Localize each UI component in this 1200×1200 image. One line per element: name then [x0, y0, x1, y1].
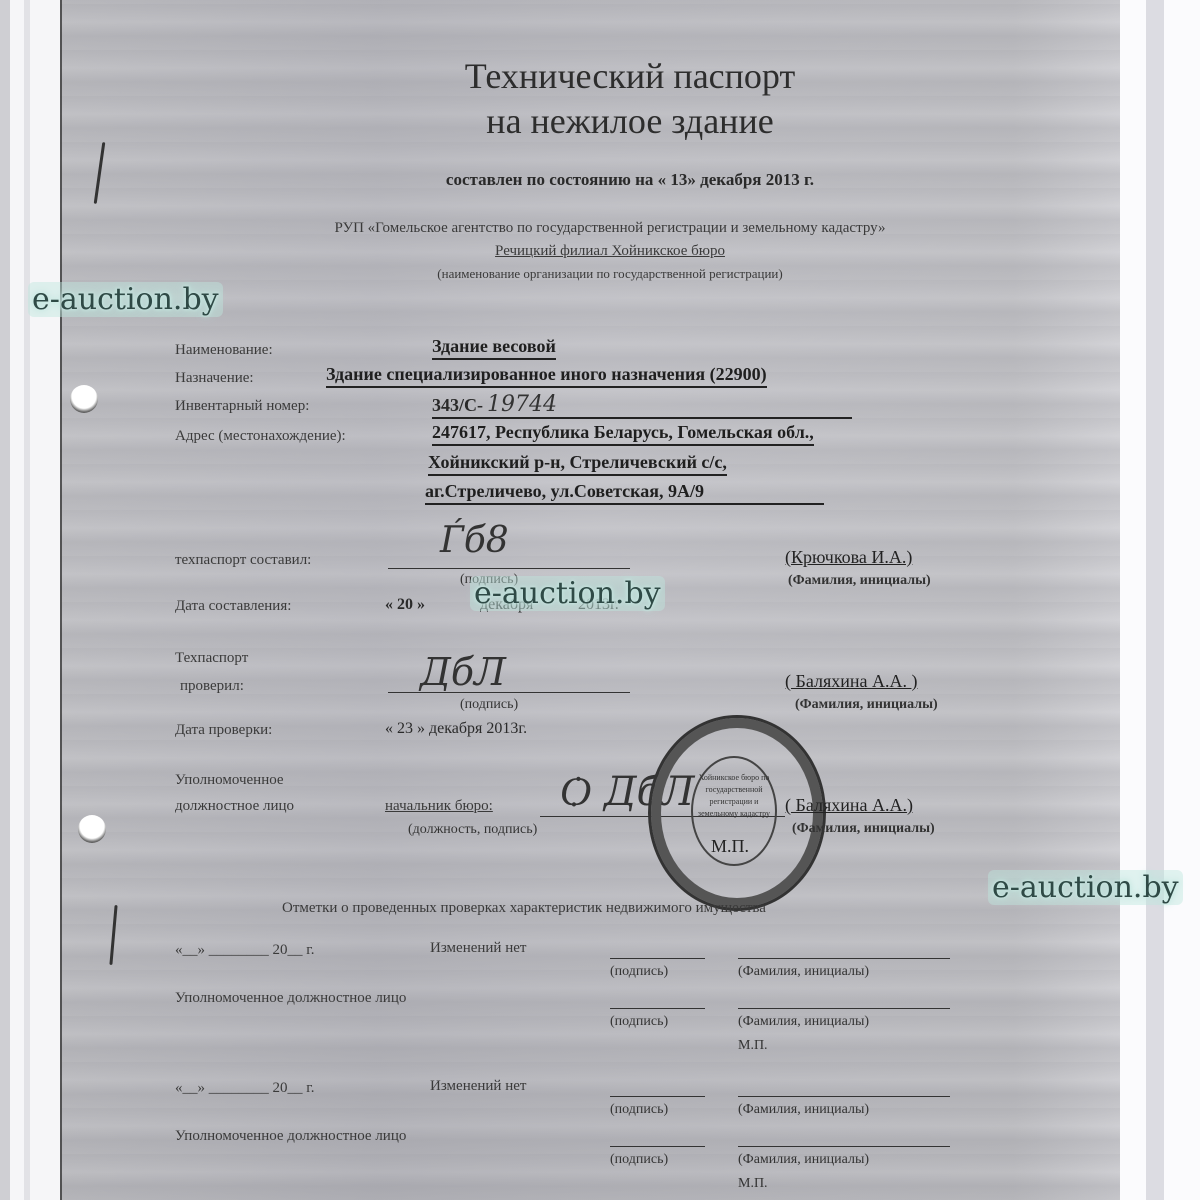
- compiled-name-caption: (Фамилия, инициалы): [788, 573, 931, 589]
- check-1-sign-caption: (подпись): [610, 964, 668, 980]
- checked-name-caption: (Фамилия, инициалы): [795, 697, 938, 713]
- compiled-label: техпаспорт составил:: [175, 552, 311, 569]
- organization-name: РУП «Гомельское агентство по государстве…: [160, 220, 1060, 237]
- check-2-name-line: [738, 1096, 950, 1097]
- checked-date-label: Дата проверки:: [175, 722, 272, 739]
- margin-line: [60, 0, 62, 1200]
- checked-date-value: « 23 » декабря 2013г.: [385, 720, 527, 738]
- check-2-status: Изменений нет: [430, 1078, 526, 1095]
- check-1-mp: М.П.: [738, 1038, 768, 1054]
- checked-signature-line: [388, 692, 630, 693]
- check-2-name-caption: (Фамилия, инициалы): [738, 1102, 869, 1118]
- watermark: e-auction.by: [470, 576, 665, 611]
- check-1-date: «__» ________ 20__ г.: [175, 942, 314, 959]
- check-1-name-caption: (Фамилия, инициалы): [738, 964, 869, 980]
- purpose-value: Здание специализированное иного назначен…: [326, 364, 767, 388]
- checked-label-1: Техпаспорт: [175, 650, 248, 667]
- purpose-label: Назначение:: [175, 370, 254, 387]
- check-1-status: Изменений нет: [430, 940, 526, 957]
- checked-name: ( Баляхина А.А. ): [785, 671, 918, 692]
- inventory-label: Инвентарный номер:: [175, 398, 309, 415]
- checked-signature-caption: (подпись): [460, 697, 518, 713]
- inventory-value: 343/С-: [432, 395, 483, 415]
- check-2-sign-caption-2: (подпись): [610, 1152, 668, 1168]
- compiled-name: (Крючкова И.А.): [785, 547, 912, 568]
- check-2-person-label: Уполномоченное должностное лицо: [175, 1128, 406, 1145]
- check-1-sign-line-2: [610, 1008, 705, 1009]
- scan-edge-left-inner: [24, 0, 30, 1200]
- compiled-date-label: Дата составления:: [175, 598, 291, 615]
- state-date: составлен по состоянию на « 13» декабря …: [300, 170, 960, 190]
- document-subtitle: на нежилое здание: [300, 100, 960, 142]
- check-2-sign-line: [610, 1096, 705, 1097]
- name-value: Здание весовой: [432, 336, 556, 360]
- name-label: Наименование:: [175, 342, 273, 359]
- authorized-name-caption: (Фамилия, инициалы): [792, 821, 935, 837]
- check-2-sign-caption: (подпись): [610, 1102, 668, 1118]
- address-line-3: аг.Стреличево, ул.Советская, 9А/9: [425, 481, 824, 505]
- check-1-person-label: Уполномоченное должностное лицо: [175, 990, 406, 1007]
- check-1-name-line-2: [738, 1008, 950, 1009]
- organization-branch: Речицкий филиал Хойникское бюро: [160, 243, 1060, 260]
- organization-caption: (наименование организации по государстве…: [160, 266, 1060, 282]
- authorized-position: начальник бюро:: [385, 798, 493, 815]
- authorized-name: ( Баляхина А.А.): [785, 795, 913, 816]
- inventory-field: 343/С- 19744: [432, 392, 852, 419]
- check-1-sign-caption-2: (подпись): [610, 1014, 668, 1030]
- compiled-date-day: « 20 »: [385, 596, 425, 614]
- authorized-label-2: должностное лицо: [175, 798, 294, 815]
- check-1-name-line: [738, 958, 950, 959]
- check-2-date: «__» ________ 20__ г.: [175, 1080, 314, 1097]
- check-1-sign-line: [610, 958, 705, 959]
- check-2-mp: М.П.: [738, 1176, 768, 1192]
- compiled-signature: Ѓб8: [440, 520, 509, 561]
- inventory-handwritten: 19744: [487, 392, 557, 417]
- watermark: e-auction.by: [28, 282, 223, 317]
- watermark: e-auction.by: [988, 870, 1183, 905]
- scan-edge-left: [0, 0, 10, 1200]
- checked-label-2: проверил:: [180, 678, 244, 695]
- authorized-position-caption: (должность, подпись): [408, 822, 537, 838]
- check-2-sign-line-2: [610, 1146, 705, 1147]
- checks-heading: Отметки о проведенных проверках характер…: [282, 900, 766, 917]
- binder-hole-icon: [70, 385, 98, 413]
- compiled-signature-line: [388, 568, 630, 569]
- address-line-2: Хойникский р-н, Стреличевский с/с,: [428, 452, 727, 476]
- document-title: Технический паспорт: [300, 55, 960, 97]
- authorized-label-1: Уполномоченное: [175, 772, 284, 789]
- check-2-name-caption-2: (Фамилия, инициалы): [738, 1152, 869, 1168]
- address-label: Адрес (местонахождение):: [175, 428, 346, 445]
- check-1-name-caption-2: (Фамилия, инициалы): [738, 1014, 869, 1030]
- stamp-mp: М.П.: [711, 836, 749, 857]
- binder-hole-icon: [78, 815, 106, 843]
- scan-edge-strip: [1146, 0, 1164, 1200]
- checked-signature: ДбЛ: [420, 650, 506, 694]
- address-line-1: 247617, Республика Беларусь, Гомельская …: [432, 422, 814, 446]
- check-2-name-line-2: [738, 1146, 950, 1147]
